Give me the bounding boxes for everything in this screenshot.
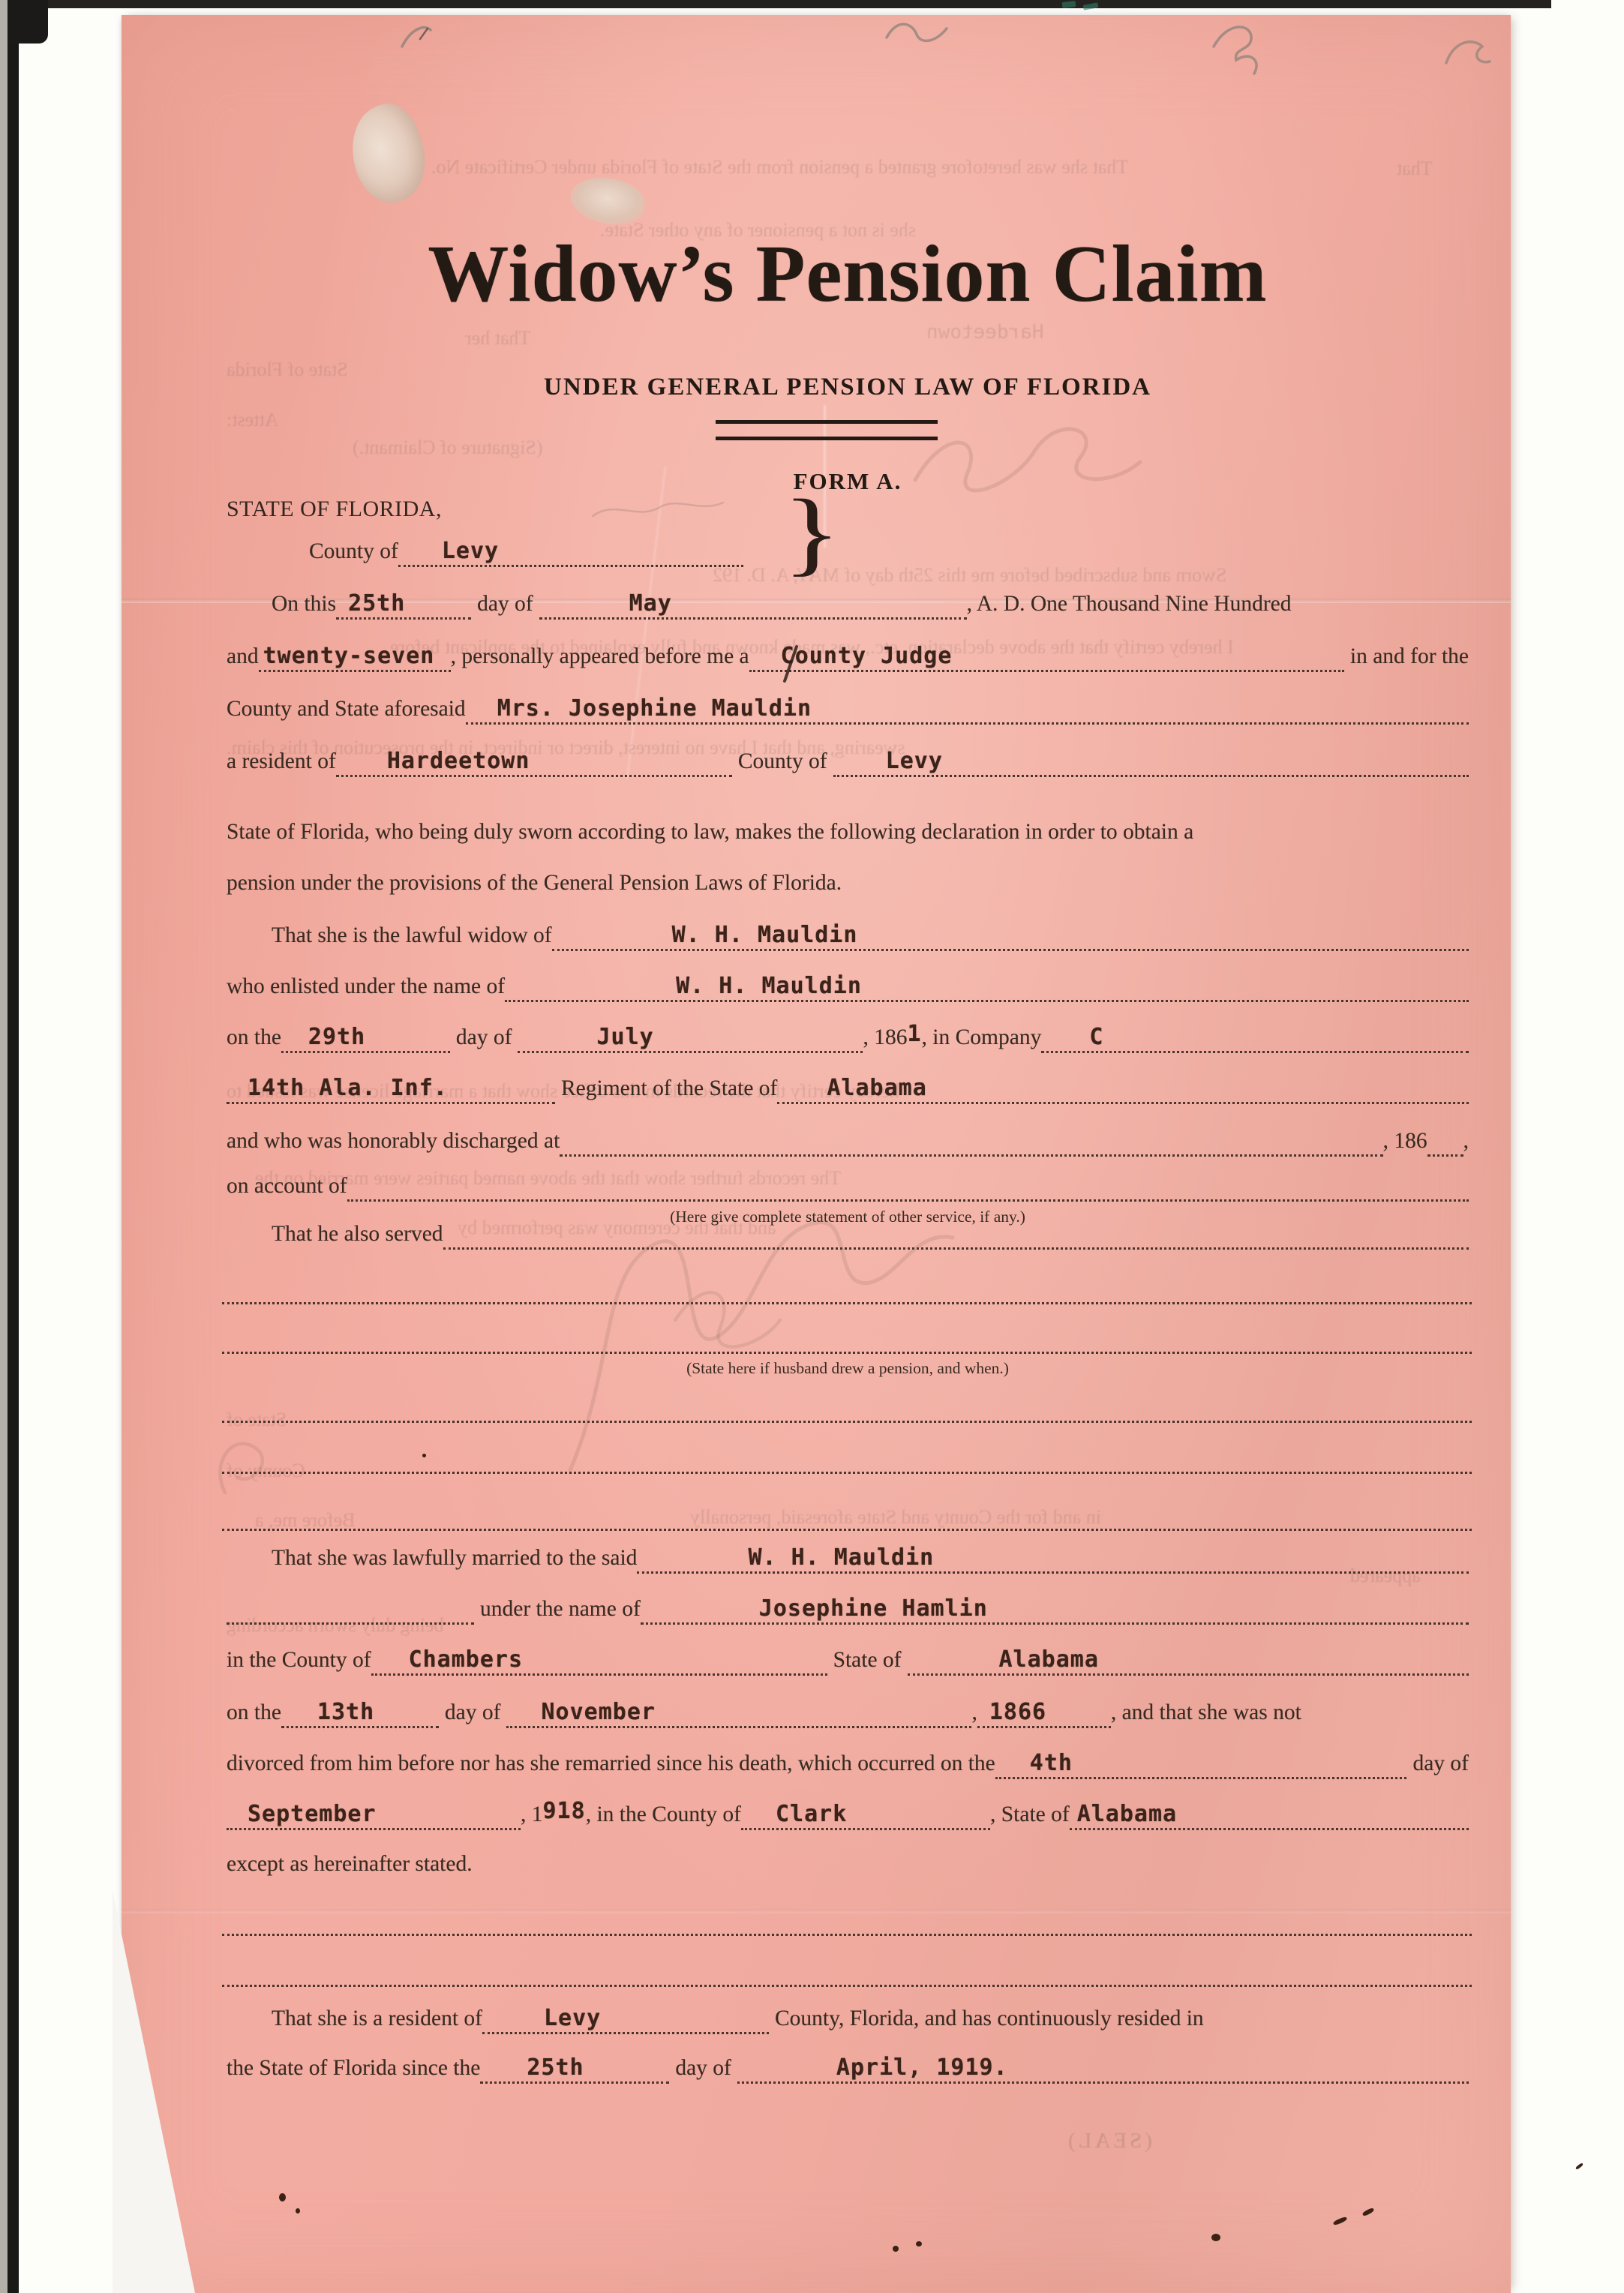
ink-spot: [296, 2208, 300, 2213]
printed-label: , 1: [521, 1804, 543, 1831]
printed-label: , and that she was not: [1111, 1702, 1301, 1729]
field-death-year-value: 918: [543, 1800, 586, 1830]
row-also-served: That he also served: [227, 1215, 1469, 1250]
blank-line: [222, 1421, 1472, 1423]
field-regiment-state-value: Alabama: [827, 1077, 926, 1102]
fold-crease: [122, 1909, 1511, 1913]
field-day-value: 25th: [348, 593, 405, 617]
field-since-day-value: 25th: [527, 2057, 584, 2081]
field-since-day: 25th: [480, 2049, 669, 2084]
ink-spot: [422, 1454, 426, 1457]
blank-line: [222, 1302, 1472, 1304]
printed-label: and who was honorably discharged at: [227, 1130, 560, 1157]
blank-line: [222, 1934, 1472, 1936]
scanner-corner-mark: [8, 0, 48, 44]
printed-label: That he also served: [272, 1223, 443, 1250]
printed-label: the State of Florida since the: [227, 2057, 480, 2084]
page-subtitle: UNDER GENERAL PENSION LAW OF FLORIDA: [227, 374, 1469, 401]
row-except: except as hereinafter stated.: [227, 1845, 1469, 1880]
field-year: twenty-seven: [259, 638, 451, 672]
field-enlisted-name: W. H. Mauldin: [505, 968, 1469, 1002]
field-married-name: W. H. Mauldin: [637, 1539, 1469, 1574]
field-resident-county-value: Levy: [544, 2007, 601, 2032]
field-death-day-value: 4th: [1030, 1752, 1073, 1777]
field-death-state-value: Alabama: [1077, 1803, 1177, 1828]
bleed-through-text: (Signature of Claimant.): [353, 437, 542, 459]
bleed-through-text: in and for the County and State aforesai…: [690, 1506, 1101, 1529]
row-maiden-name: under the name of Josephine Hamlin: [227, 1590, 1469, 1625]
printed-label: on account of: [227, 1175, 347, 1202]
field-company: C: [1041, 1019, 1469, 1053]
field-lead-line: [227, 1590, 474, 1625]
printed-label: , in the County of: [586, 1804, 741, 1831]
field-since-date: April, 1919.: [737, 2049, 1469, 2084]
field-county: Levy: [398, 533, 743, 567]
ink-spot: [1575, 2162, 1583, 2170]
blank-line: [222, 1529, 1472, 1531]
printed-text: State of Florida, who being duly sworn a…: [227, 821, 1193, 848]
field-discharge-place: [560, 1122, 1382, 1157]
field-maiden-name-value: Josephine Hamlin: [759, 1598, 988, 1622]
printed-label: a resident of: [227, 751, 336, 778]
row-enlist-date: on the 29th day of July , 186 1 , in Com…: [227, 1019, 1469, 1053]
printed-label: , in Company: [922, 1027, 1042, 1054]
bleed-through-text: That: [1397, 158, 1433, 180]
printed-label: ,: [971, 1702, 977, 1729]
field-death-day: 4th: [995, 1745, 1407, 1779]
printed-label: County of: [309, 541, 398, 568]
field-enlist-month: July: [518, 1019, 863, 1053]
field-town: Hardeetown: [336, 743, 732, 777]
row-declaration-1: State of Florida, who being duly sworn a…: [227, 813, 1469, 848]
field-marriage-year-value: 1866: [989, 1701, 1046, 1726]
field-day: 25th: [336, 585, 471, 620]
field-marriage-county-value: Chambers: [409, 1649, 524, 1673]
field-marriage-state-value: Alabama: [999, 1649, 1099, 1673]
field-death-state: Alabama: [1070, 1796, 1469, 1830]
field-death-county: Clark: [741, 1796, 990, 1830]
field-marriage-day: 13th: [281, 1694, 439, 1728]
printed-label: divorced from him before nor has she rem…: [227, 1753, 995, 1780]
row-death-date: September , 1 918 , in the County of Cla…: [227, 1796, 1469, 1830]
scanner-left-edge-line: [8, 0, 19, 2293]
printed-label: That she is a resident of: [272, 2008, 482, 2035]
field-residence-county-value: Levy: [886, 750, 943, 775]
field-resident-county: Levy: [482, 2000, 769, 2034]
printed-label: , State of: [990, 1804, 1070, 1831]
row-county: County of Levy: [227, 533, 1469, 567]
row-regiment: 14th Ala. Inf. Regiment of the State of …: [227, 1070, 1469, 1104]
printed-label: , personally appeared before me a: [451, 646, 749, 673]
scanner-left-gutter: [0, 0, 8, 2293]
printed-label: County, Florida, and has continuously re…: [769, 2008, 1204, 2035]
state-heading: STATE OF FLORIDA,: [227, 497, 442, 522]
field-regiment: 14th Ala. Inf.: [227, 1070, 555, 1104]
ink-spot: [893, 2246, 899, 2252]
field-month: May: [539, 585, 967, 620]
printed-label: County of: [732, 751, 833, 778]
printed-label: On this: [272, 593, 336, 620]
printed-label: in the County of: [227, 1649, 371, 1676]
ink-spot: [279, 2193, 286, 2201]
field-residence-county: Levy: [833, 743, 1469, 777]
field-marriage-day-value: 13th: [317, 1701, 374, 1726]
ink-spot: [1211, 2234, 1220, 2241]
field-marriage-month-value: November: [541, 1701, 656, 1726]
field-since-date-value: April, 1919.: [836, 2057, 1008, 2081]
field-officer-value: County Judge: [781, 645, 953, 670]
field-county-value: Levy: [442, 540, 499, 565]
blank-line: [222, 1985, 1472, 1987]
field-enlisted-name-value: W. H. Mauldin: [676, 975, 862, 1000]
row-year-officer: and twenty-seven , personally appeared b…: [227, 638, 1469, 672]
row-claimant-name: County and State aforesaid Mrs. Josephin…: [227, 690, 1469, 725]
printed-label: , 186: [1383, 1130, 1427, 1157]
row-residence: a resident of Hardeetown County of Levy: [227, 743, 1469, 777]
field-husband-name: W. H. Mauldin: [552, 917, 1469, 951]
field-year-value: twenty-seven: [263, 645, 435, 670]
printed-text: except as hereinafter stated.: [227, 1853, 473, 1880]
printed-label: County and State aforesaid: [227, 698, 466, 725]
bleed-through-text: Hardeetown: [926, 321, 1044, 344]
bleed-through-text: Attest:: [227, 409, 278, 431]
field-marriage-month: November: [506, 1694, 971, 1728]
field-discharge-year: [1427, 1122, 1463, 1157]
field-enlist-month-value: July: [596, 1026, 653, 1051]
printed-label: ,: [1463, 1130, 1469, 1157]
scanned-document-page: That she was heretofore granted a pensio…: [0, 0, 1624, 2293]
printed-label: State of: [827, 1649, 908, 1676]
field-town-value: Hardeetown: [387, 750, 530, 775]
field-enlist-year-digit: 1: [907, 1023, 921, 1053]
form-label: FORM A.: [227, 468, 1469, 495]
bleed-through-text: County of: [227, 1460, 305, 1482]
row-account: on account of: [227, 1167, 1469, 1202]
row-widow-of: That she is the lawful widow of W. H. Ma…: [227, 917, 1469, 951]
field-regiment-state: Alabama: [777, 1070, 1469, 1104]
field-claimant-name-value: Mrs. Josephine Mauldin: [497, 698, 812, 722]
printed-label: in and for the: [1344, 646, 1469, 673]
printed-label: and: [227, 646, 259, 673]
field-claimant-name: Mrs. Josephine Mauldin: [466, 690, 1469, 725]
field-maiden-name: Josephine Hamlin: [641, 1590, 1469, 1625]
field-marriage-county: Chambers: [371, 1641, 827, 1676]
row-marriage-place: in the County of Chambers State of Alaba…: [227, 1641, 1469, 1676]
printed-label: under the name of: [474, 1598, 641, 1625]
printed-label: That she was lawfully married to the sai…: [272, 1547, 637, 1574]
blank-line: [222, 1352, 1472, 1354]
row-married: That she was lawfully married to the sai…: [227, 1539, 1469, 1574]
field-company-value: C: [1089, 1026, 1103, 1051]
seal-ghost-text: (SEAL): [1065, 2129, 1152, 2153]
printed-label: day of: [439, 1702, 507, 1729]
row-declaration-2: pension under the provisions of the Gene…: [227, 864, 1469, 899]
field-regiment-value: 14th Ala. Inf.: [248, 1077, 448, 1102]
field-officer: County Judge: [749, 638, 1344, 672]
printed-text: pension under the provisions of the Gene…: [227, 872, 842, 899]
bleed-through-text: State of: [227, 1409, 287, 1431]
field-married-name-value: W. H. Mauldin: [748, 1547, 934, 1571]
printed-label: day of: [669, 2057, 737, 2084]
printed-label: who enlisted under the name of: [227, 976, 505, 1003]
scanner-top-edge-line: [8, 0, 1551, 8]
row-divorced: divorced from him before nor has she rem…: [227, 1745, 1469, 1779]
field-marriage-state: Alabama: [908, 1641, 1469, 1676]
row-since: the State of Florida since the 25th day …: [227, 2049, 1469, 2084]
printed-label: day of: [471, 593, 539, 620]
row-enlisted-name: who enlisted under the name of W. H. Mau…: [227, 968, 1469, 1002]
bleed-through-text: That she was heretofore granted a pensio…: [431, 156, 1128, 179]
printed-label: day of: [450, 1027, 518, 1054]
printed-label: , A. D. One Thousand Nine Hundred: [967, 593, 1292, 620]
caption-husband-pension: (State here if husband drew a pension, a…: [227, 1359, 1469, 1378]
printed-label: on the: [227, 1702, 281, 1729]
printed-label: , 186: [863, 1027, 907, 1054]
row-marriage-date: on the 13th day of November , 1866 , and…: [227, 1694, 1469, 1728]
ink-spot: [916, 2241, 922, 2246]
row-date: On this 25th day of May , A. D. One Thou…: [227, 585, 1469, 620]
field-marriage-year: 1866: [977, 1694, 1111, 1728]
row-resident-county: That she is a resident of Levy County, F…: [227, 2000, 1469, 2034]
field-husband-name-value: W. H. Mauldin: [672, 924, 858, 949]
printed-label: Regiment of the State of: [555, 1078, 777, 1105]
field-enlist-day-value: 29th: [308, 1026, 365, 1051]
field-month-value: May: [629, 593, 672, 617]
printed-label: That she is the lawful widow of: [272, 925, 552, 952]
field-death-month-value: September: [248, 1803, 377, 1828]
row-discharged: and who was honorably discharged at , 18…: [227, 1122, 1469, 1157]
field-account: [347, 1167, 1469, 1202]
field-enlist-day: 29th: [281, 1019, 450, 1053]
field-also-served: [443, 1215, 1469, 1250]
printed-label: on the: [227, 1027, 281, 1054]
printed-label: day of: [1406, 1753, 1469, 1780]
field-death-county-value: Clark: [776, 1803, 847, 1828]
blank-line: [222, 1472, 1472, 1474]
double-rule-divider: [716, 420, 938, 440]
bleed-through-text: That her: [465, 327, 530, 350]
field-death-month: September: [227, 1796, 521, 1830]
page-title: Widow’s Pension Claim: [227, 233, 1469, 317]
